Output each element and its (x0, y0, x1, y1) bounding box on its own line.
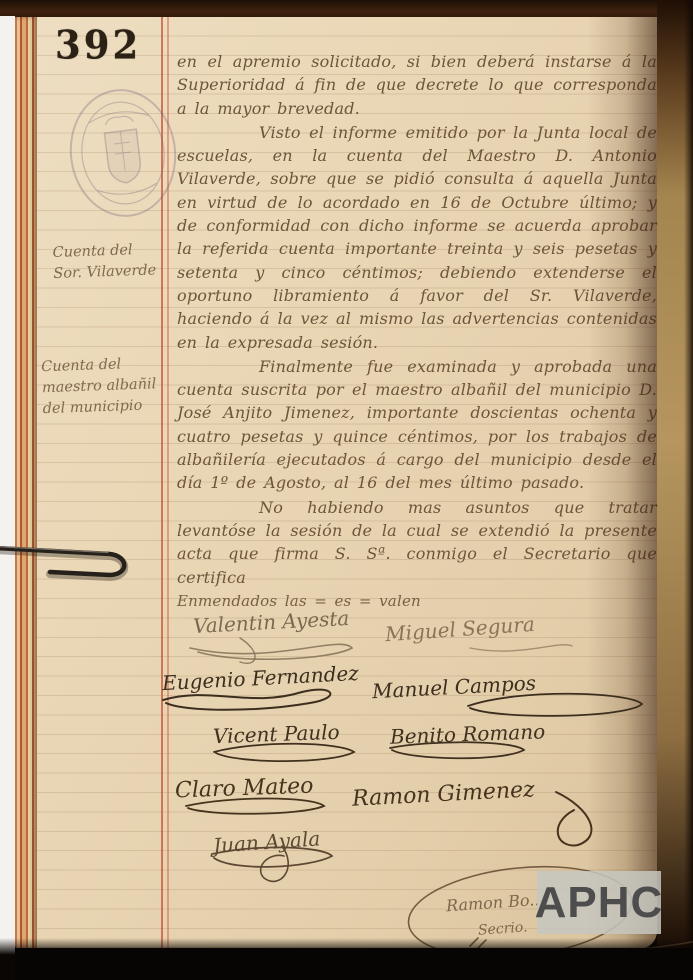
page-number: 392 (55, 22, 141, 68)
margin-note: Cuenta del maestro albañil del municipio (41, 353, 169, 420)
signature: Vicent Paulo (213, 720, 340, 748)
body-paragraph: Finalmente fue examinada y aprobada una … (177, 355, 657, 495)
gutter-shadow (587, 17, 657, 949)
margin-note: Cuenta del Sor. Vilaverde (52, 239, 165, 285)
red-margin-rule (161, 17, 163, 949)
amendments-note: Enmendados las = es = valen (177, 590, 657, 613)
body-paragraph: Visto el informe emitido por la Junta lo… (177, 121, 657, 354)
table-background (15, 948, 693, 980)
page-stack-edge (15, 17, 37, 949)
acta-body-text: en el apremio solicitado, si bien deberá… (177, 50, 657, 614)
secretary-title: Secrio. (478, 919, 529, 938)
photo-background-edge (0, 16, 15, 980)
red-margin-rule-inner (167, 17, 169, 949)
body-paragraph: No habiendo mas asuntos que tratar levan… (177, 496, 657, 589)
manuscript-photo: { "page": { "number": "392", "watermark"… (0, 0, 693, 980)
gutter-shadow-right (684, 0, 693, 980)
signature: Claro Mateo (175, 774, 314, 804)
body-paragraph: en el apremio solicitado, si bien deberá… (177, 50, 657, 120)
manuscript-page: 392 Cuenta del Sor. Vilaverde Cuenta del… (15, 17, 657, 949)
archive-watermark: APHC (537, 871, 661, 934)
